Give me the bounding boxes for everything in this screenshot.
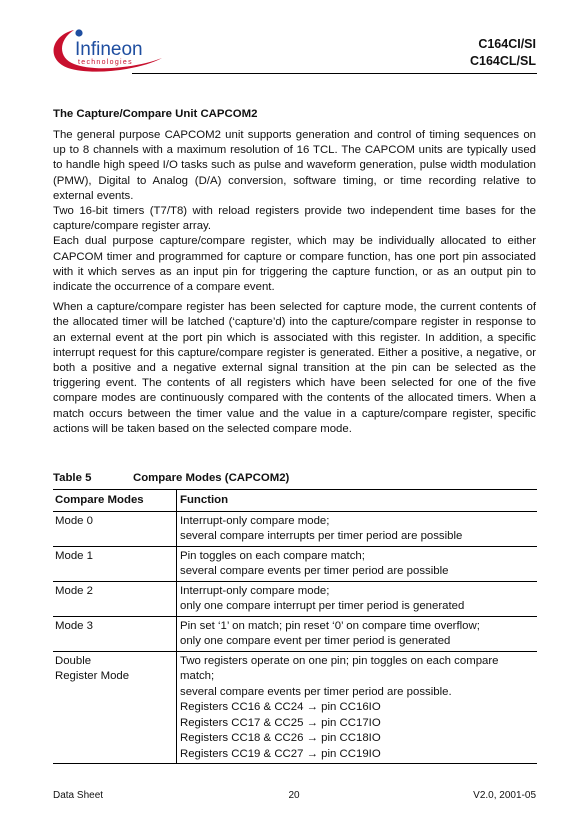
mode-text: Mode 3 xyxy=(55,619,173,635)
paragraph-4: When a capture/compare register has been… xyxy=(53,300,536,437)
cell-compare-mode: DoubleRegister Mode xyxy=(53,651,177,764)
section-title: The Capture/Compare Unit CAPCOM2 xyxy=(53,107,536,122)
compare-modes-table: Compare Modes Function Mode 0Interrupt-o… xyxy=(53,489,537,764)
function-text: Pin set ‘1’ on match; pin reset ‘0’ on c… xyxy=(180,619,534,635)
column-header-function: Function xyxy=(177,490,538,512)
function-text: several compare events per timer period … xyxy=(180,564,534,580)
mode-text: Double xyxy=(55,654,173,670)
mode-text: Mode 1 xyxy=(55,549,173,565)
function-text: match; xyxy=(180,669,534,685)
function-text: Interrupt-only compare mode; xyxy=(180,584,534,600)
function-text: Pin toggles on each compare match; xyxy=(180,549,534,565)
function-text: only one compare interrupt per timer per… xyxy=(180,599,534,615)
paragraph-2: Two 16-bit timers (T7/T8) with reload re… xyxy=(53,204,536,234)
table-row: Mode 3Pin set ‘1’ on match; pin reset ‘0… xyxy=(53,616,537,651)
section-content: The Capture/Compare Unit CAPCOM2 The gen… xyxy=(53,107,536,437)
mode-text: Mode 2 xyxy=(55,584,173,600)
product-line-1: C164CI/SI xyxy=(470,36,536,53)
infineon-logo: Infineon technologies xyxy=(44,24,164,76)
function-text: several compare interrupts per timer per… xyxy=(180,529,534,545)
function-text: Interrupt-only compare mode; xyxy=(180,514,534,530)
table-number: Table 5 xyxy=(53,472,133,484)
infineon-logo-icon: Infineon technologies xyxy=(44,24,164,76)
product-designation: C164CI/SI C164CL/SL xyxy=(470,36,536,70)
cell-function: Two registers operate on one pin; pin to… xyxy=(177,651,538,764)
svg-text:Infineon: Infineon xyxy=(75,39,143,60)
table-caption: Table 5Compare Modes (CAPCOM2) xyxy=(53,472,289,484)
table-row: DoubleRegister ModeTwo registers operate… xyxy=(53,651,537,764)
function-text: several compare events per timer period … xyxy=(180,685,534,701)
mode-text: Register Mode xyxy=(55,669,173,685)
table-header-row: Compare Modes Function xyxy=(53,490,537,512)
cell-function: Pin set ‘1’ on match; pin reset ‘0’ on c… xyxy=(177,616,538,651)
table-row: Mode 1Pin toggles on each compare match;… xyxy=(53,546,537,581)
function-text: only one compare event per timer period … xyxy=(180,634,534,650)
datasheet-page: Infineon technologies C164CI/SI C164CL/S… xyxy=(0,0,588,833)
header-rule xyxy=(132,73,537,74)
mode-text: Mode 0 xyxy=(55,514,173,530)
cell-compare-mode: Mode 0 xyxy=(53,511,177,546)
function-text: Registers CC16 & CC24 → pin CC16IO xyxy=(180,700,534,716)
cell-compare-mode: Mode 2 xyxy=(53,581,177,616)
svg-text:technologies: technologies xyxy=(78,59,133,66)
paragraph-3: Each dual purpose capture/compare regist… xyxy=(53,234,536,295)
function-text: Registers CC19 & CC27 → pin CC19IO xyxy=(180,747,534,763)
cell-function: Pin toggles on each compare match;severa… xyxy=(177,546,538,581)
product-line-2: C164CL/SL xyxy=(470,53,536,70)
function-text: Registers CC17 & CC25 → pin CC17IO xyxy=(180,716,534,732)
cell-compare-mode: Mode 1 xyxy=(53,546,177,581)
table-row: Mode 2Interrupt-only compare mode;only o… xyxy=(53,581,537,616)
cell-compare-mode: Mode 3 xyxy=(53,616,177,651)
footer-version: V2.0, 2001-05 xyxy=(473,790,536,801)
function-text: Two registers operate on one pin; pin to… xyxy=(180,654,534,670)
table-title: Compare Modes (CAPCOM2) xyxy=(133,472,289,484)
cell-function: Interrupt-only compare mode;only one com… xyxy=(177,581,538,616)
paragraph-1: The general purpose CAPCOM2 unit support… xyxy=(53,128,536,204)
cell-function: Interrupt-only compare mode;several comp… xyxy=(177,511,538,546)
table-row: Mode 0Interrupt-only compare mode;severa… xyxy=(53,511,537,546)
function-text: Registers CC18 & CC26 → pin CC18IO xyxy=(180,731,534,747)
column-header-compare-modes: Compare Modes xyxy=(53,490,177,512)
